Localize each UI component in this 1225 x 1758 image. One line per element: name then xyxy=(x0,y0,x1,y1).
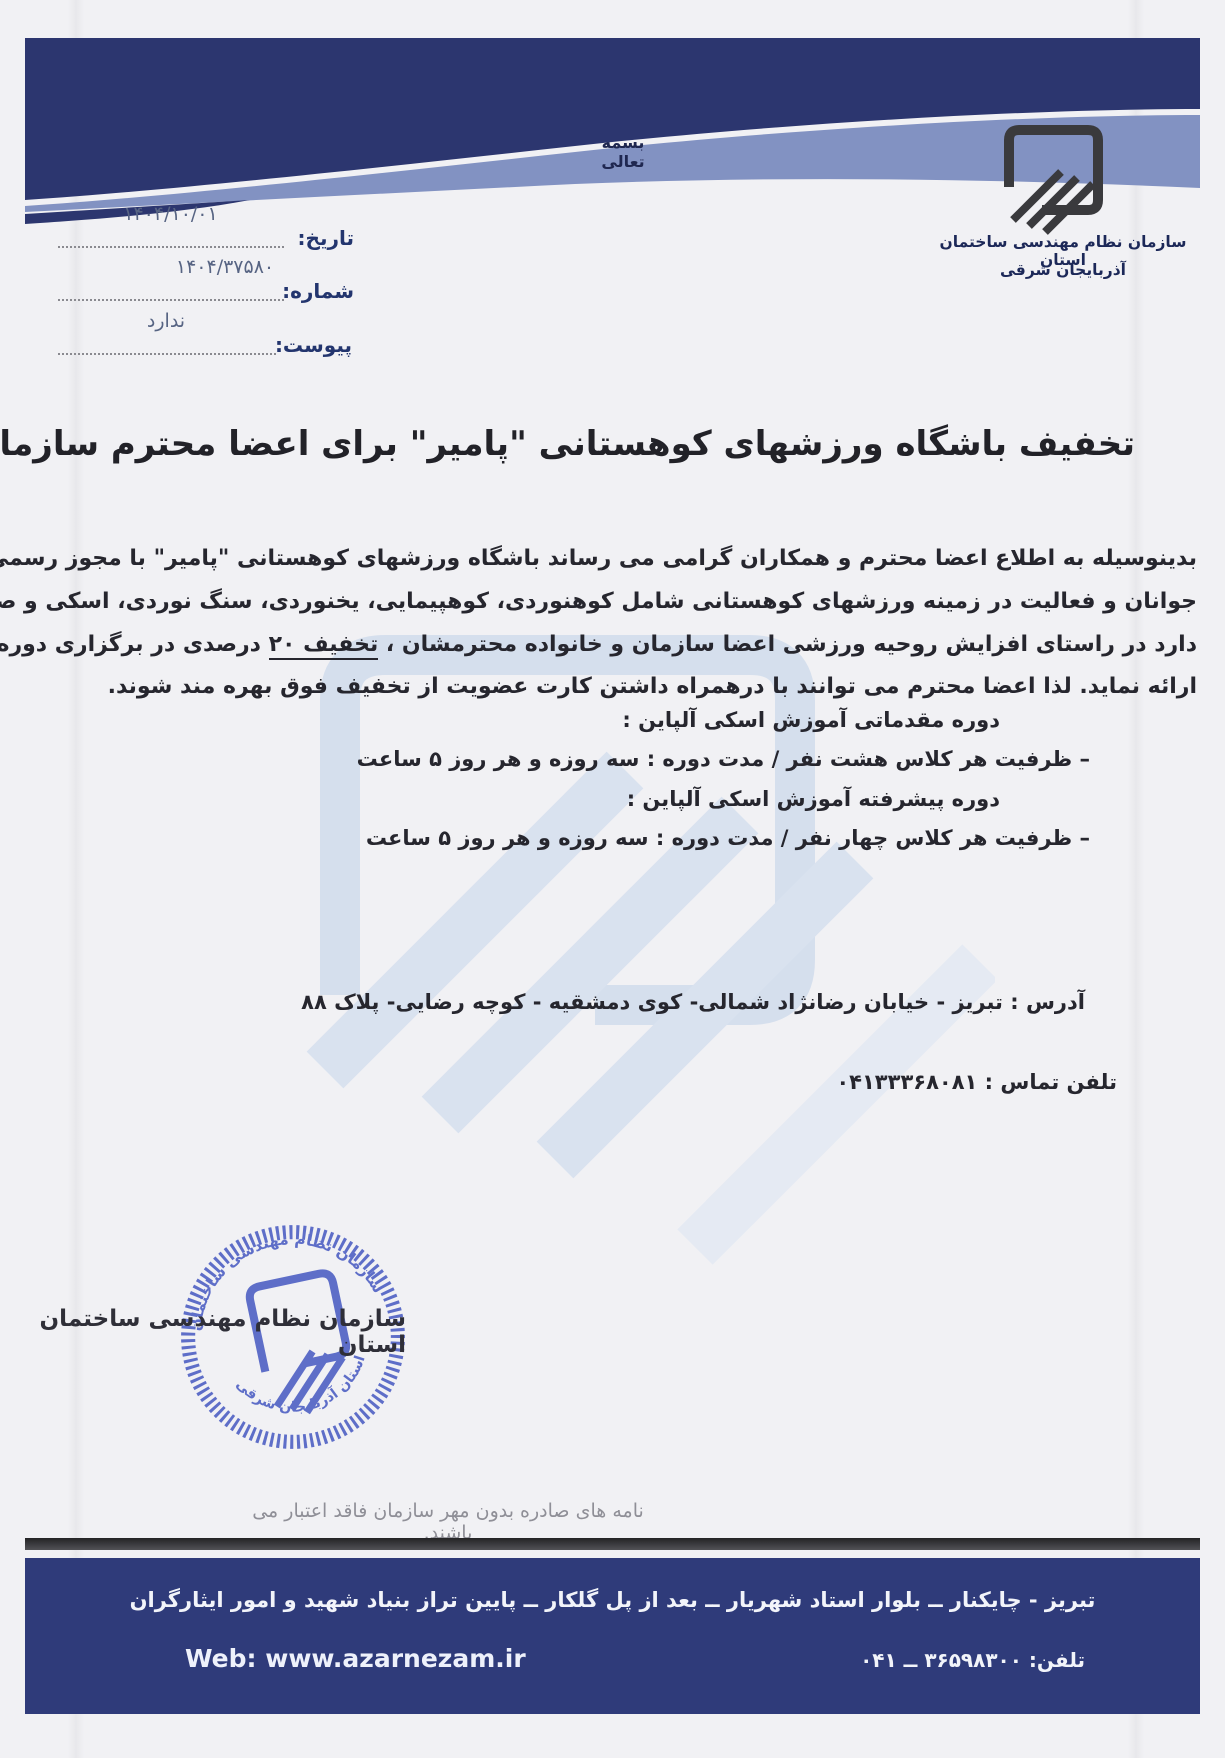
attachment-value: ندارد xyxy=(138,310,194,332)
organization-logo-icon xyxy=(985,118,1120,236)
body-line-2: جوانان و فعالیت در زمینه ورزشهای کوهستان… xyxy=(0,589,1197,614)
footer-separator-bar xyxy=(25,1538,1200,1550)
body-line-1: بدینوسیله به اطلاع اعضا محترم و همکاران … xyxy=(0,546,1197,571)
body-line-3-before: دارد در راستای افزایش روحیه ورزشی اعضا س… xyxy=(378,632,1197,657)
footer-website: Web: www.azarnezam.ir xyxy=(185,1644,526,1673)
course1-detail: – ظرفیت هر کلاس هشت نفر / مدت دوره : سه … xyxy=(357,747,1090,771)
body-line-4: ارائه نماید. لذا اعضا محترم می توانند با… xyxy=(108,674,1197,699)
body-line-3: دارد در راستای افزایش روحیه ورزشی اعضا س… xyxy=(0,632,1197,657)
club-phone: تلفن تماس : ۰۴۱۳۳۳۶۸۰۸۱ xyxy=(836,1070,1117,1094)
footer-phone: تلفن: ۳۶۵۹۸۳۰۰ ــ ۰۴۱ xyxy=(860,1648,1085,1672)
watermark-logo-icon xyxy=(295,635,995,1295)
club-address: آدرس : تبریز - خیابان رضانژاد شمالی- کوی… xyxy=(301,990,1085,1014)
footer-address-bar: تبریز - چایکنار ــ بلوار استاد شهریار ــ… xyxy=(25,1558,1200,1714)
besmellah-text: بسمه تعالی xyxy=(578,133,668,171)
course2-detail: – ظرفیت هر کلاس چهار نفر / مدت دوره : سه… xyxy=(366,826,1090,850)
number-label: شماره: xyxy=(284,279,354,303)
course2-title: دوره پیشرفته آموزش اسکی آلپاین : xyxy=(627,787,1000,811)
date-label: تاریخ: xyxy=(284,226,354,250)
date-value: ۱۴۰۴/۱۰/۰۱ xyxy=(113,203,228,225)
body-line-3-after: درصدی در برگزاری دوره های آموزشی اسکی xyxy=(0,632,269,657)
scan-streak xyxy=(68,0,84,1758)
org-name-line2: آذربایجان شرقی xyxy=(933,261,1193,279)
attachment-dotted-line xyxy=(58,353,276,355)
scanned-letter-page: بسمه تعالی سازمان نظام مهندسی ساختمان اس… xyxy=(0,0,1225,1758)
discount-underlined-text: تخفیف ۲۰ xyxy=(269,632,379,660)
course1-title: دوره مقدماتی آموزش اسکی آلپاین : xyxy=(622,708,1000,732)
date-dotted-line xyxy=(58,246,284,248)
stamp-overlay-org-text: سازمان نظام مهندسی ساختمان استان xyxy=(28,1306,406,1358)
footer-address-text: تبریز - چایکنار ــ بلوار استاد شهریار ــ… xyxy=(25,1588,1200,1612)
number-dotted-line xyxy=(58,299,284,301)
attachment-label: پیوست: xyxy=(276,333,352,357)
number-value: ۱۴۰۴/۳۷۵۸۰ xyxy=(170,256,280,278)
letter-title: تخفیف باشگاه ورزشهای کوهستانی "پامیر" بر… xyxy=(90,424,1135,464)
